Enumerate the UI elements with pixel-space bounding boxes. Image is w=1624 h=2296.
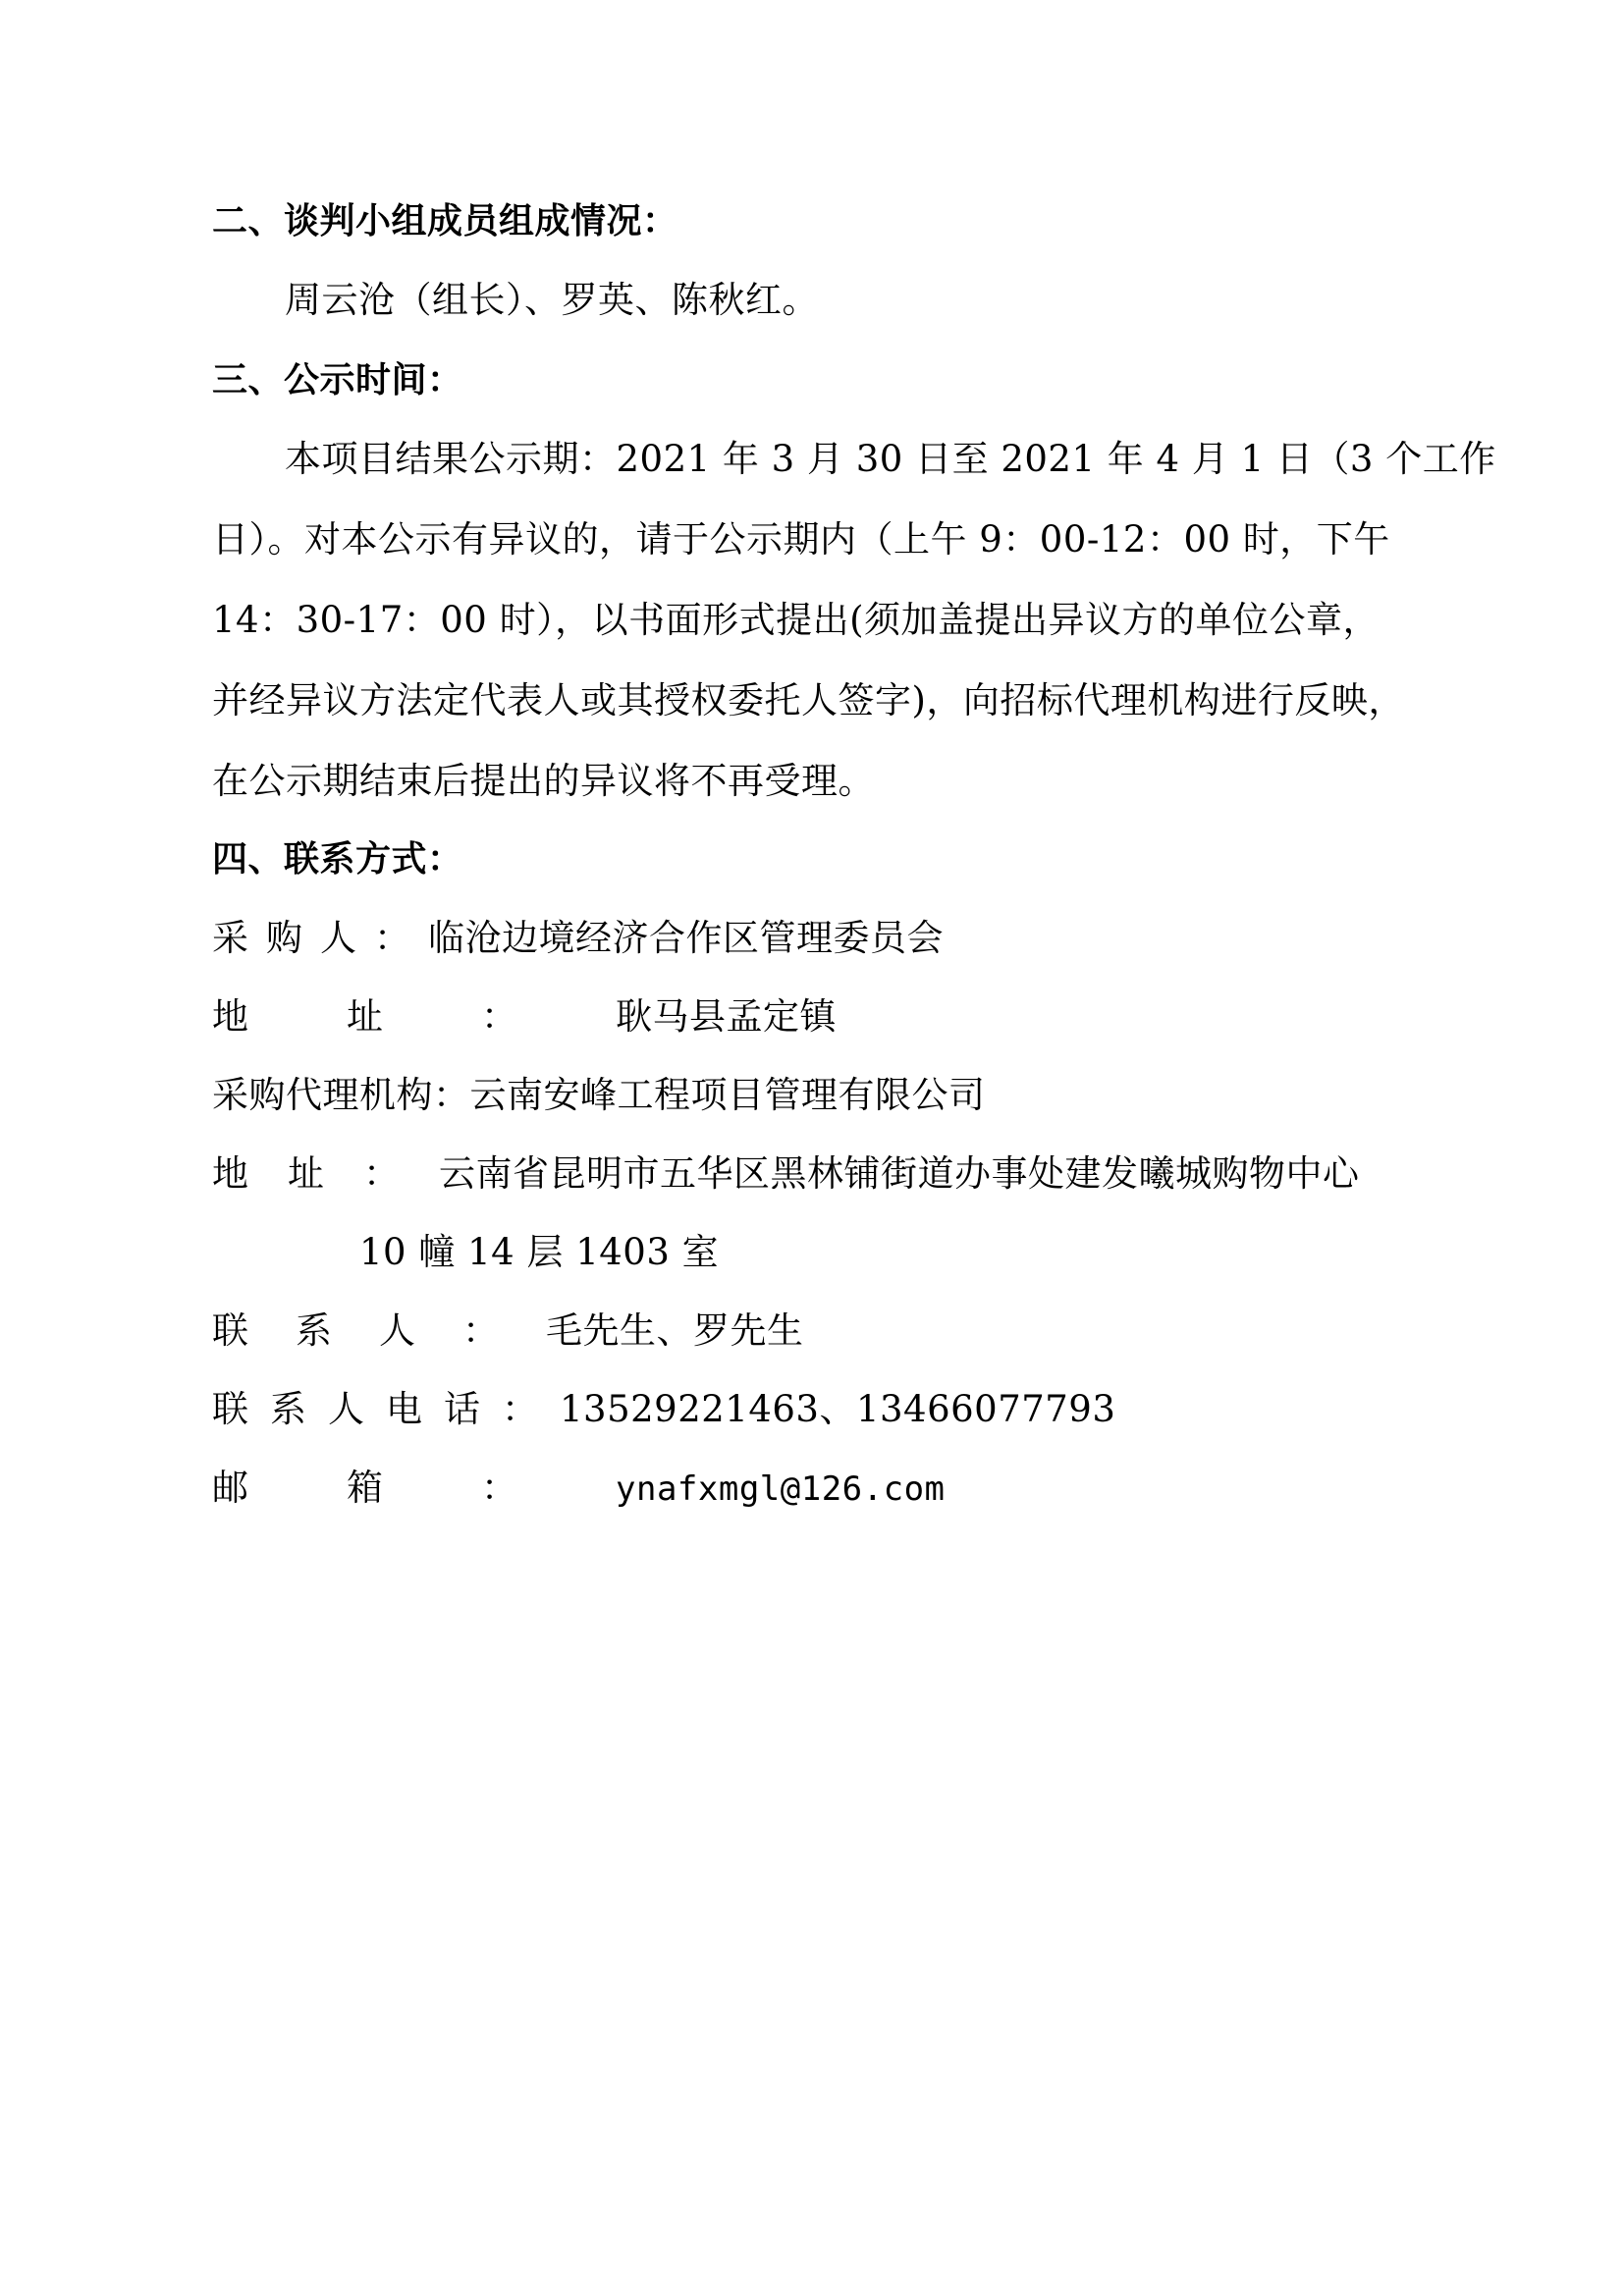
section3-paragraph-line-5: 在公示期结束后提出的异议将不再受理。 — [212, 758, 875, 805]
contact-phone-row: 联系人电话：13529221463、13466077793 — [212, 1386, 1115, 1433]
section2-heading: 二、谈判小组成员组成情况： — [212, 198, 678, 245]
contact-person-row: 联系人：毛先生、罗先生 — [212, 1308, 804, 1355]
purchaser-value: 临沧边境经济合作区管理委员会 — [428, 917, 944, 959]
agency-row: 采购代理机构：云南安峰工程项目管理有限公司 — [212, 1072, 986, 1119]
agency-address-value-line-1: 云南省昆明市五华区黑林铺街道办事处建发曦城购物中心 — [439, 1152, 1360, 1195]
section3-heading: 三、公示时间： — [212, 357, 463, 404]
section3-paragraph-line-3: 14：30-17：00 时），以书面形式提出(须加盖提出异议方的单位公章， — [212, 597, 1380, 644]
section2-members: 周云沧（组长）、罗英、陈秋红。 — [285, 277, 819, 324]
section4-heading: 四、联系方式： — [212, 836, 463, 883]
email-value[interactable]: ynafxmgl@126.com — [616, 1469, 946, 1509]
contact-phone-label: 联系人电话： — [212, 1386, 560, 1433]
document-page: 二、谈判小组成员组成情况： 周云沧（组长）、罗英、陈秋红。 三、公示时间： 本项… — [0, 0, 1624, 2296]
section3-paragraph-line-1: 本项目结果公示期：2021 年 3 月 30 日至 2021 年 4 月 1 日… — [285, 436, 1496, 483]
email-label: 邮箱： — [212, 1465, 616, 1512]
email-row: 邮箱：ynafxmgl@126.com — [212, 1465, 946, 1513]
contact-phone-value: 13529221463、13466077793 — [560, 1388, 1115, 1430]
purchaser-row: 采购人：临沧边境经济合作区管理委员会 — [212, 915, 944, 962]
agency-address-value-line-2: 10 幢 14 层 1403 室 — [359, 1229, 719, 1276]
agency-address-row: 地址：云南省昆明市五华区黑林铺街道办事处建发曦城购物中心 — [212, 1150, 1360, 1198]
agency-label: 采购代理机构： — [212, 1072, 470, 1119]
agency-value: 云南安峰工程项目管理有限公司 — [470, 1074, 986, 1116]
purchaser-label: 采购人： — [212, 915, 428, 962]
agency-address-label: 地址： — [212, 1150, 439, 1198]
purchaser-address-label: 地址： — [212, 993, 616, 1041]
purchaser-address-row: 地址：耿马县孟定镇 — [212, 993, 837, 1041]
section3-paragraph-line-2: 日）。对本公示有异议的，请于公示期内（上午 9：00-12：00 时，下午 — [212, 516, 1390, 563]
section3-paragraph-line-4: 并经异议方法定代表人或其授权委托人签字)，向招标代理机构进行反映， — [212, 677, 1405, 724]
contact-person-value: 毛先生、罗先生 — [546, 1309, 804, 1352]
purchaser-address-value: 耿马县孟定镇 — [616, 995, 837, 1038]
contact-person-label: 联系人： — [212, 1308, 546, 1355]
